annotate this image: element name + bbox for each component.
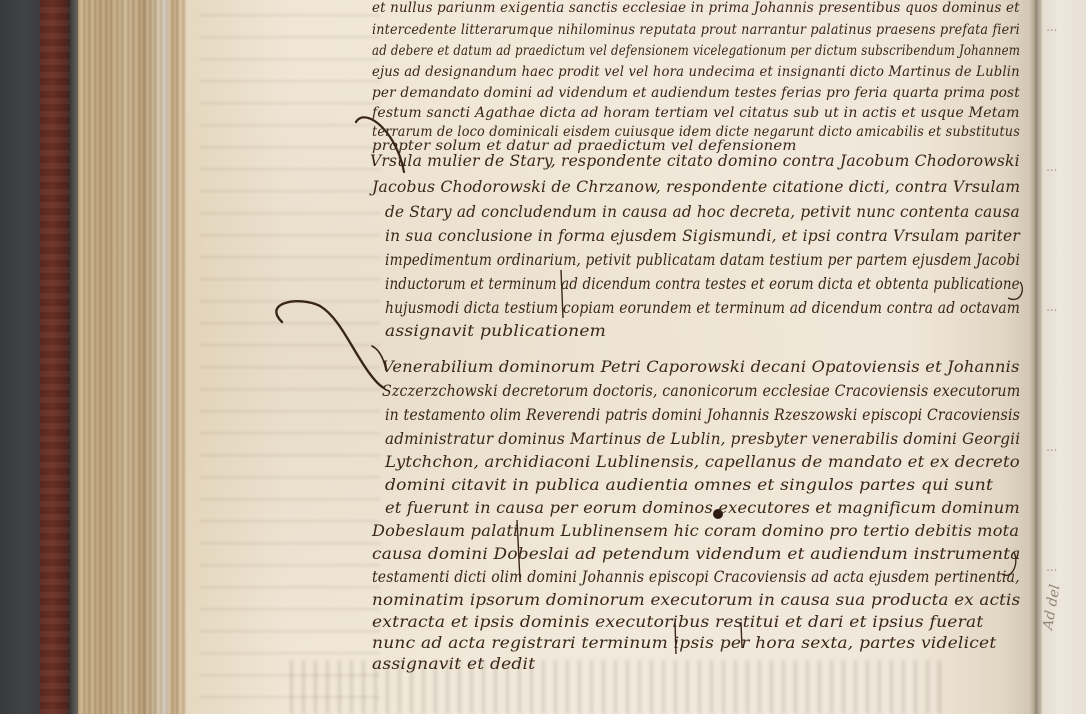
text-line: causa domini Dobeslai ad petendum vidend…: [372, 545, 1021, 563]
text-line: et fuerunt in causa per eorum dominos ex…: [385, 499, 1020, 517]
text-line: Dobeslaum palatinum Lublinensem hic cora…: [372, 522, 1019, 540]
text-line: ad debere et datum ad praedictum vel def…: [372, 43, 1020, 59]
text-line: assignavit et dedit: [372, 655, 535, 673]
text-line: nominatim ipsorum dominorum executorum i…: [372, 591, 1020, 609]
text-line: Venerabilium dominorum Petri Caporowski …: [382, 358, 1020, 376]
text-line: impedimentum ordinarium, petivit publica…: [385, 251, 1020, 269]
text-line: Vrsula mulier de Stary, respondente cita…: [370, 152, 1020, 170]
text-line: et nullus pariunm exigentia sanctis eccl…: [372, 0, 1020, 16]
text-line: ejus ad designandum haec prodit vel vel …: [372, 64, 1020, 80]
text-line: administratur dominus Martinus de Lublin…: [385, 430, 1020, 448]
text-line: per demandato domini ad videndum et audi…: [372, 85, 1020, 101]
text-line: de Stary ad concludendum in causa ad hoc…: [385, 203, 1020, 221]
text-line: in testamento olim Reverendi patris domi…: [385, 406, 1020, 424]
text-line: Jacobus Chodorowski de Chrzanow, respond…: [372, 178, 1020, 196]
text-line: Szczerzchowski decretorum doctoris, cano…: [382, 382, 1020, 400]
text-line: domini citavit in publica audientia omne…: [385, 476, 993, 494]
manuscript-photo: ... ... ... ... ... Ad del et nullus par…: [0, 0, 1086, 714]
text-line: Lytchchon, archidiaconi Lublinensis, cap…: [385, 453, 1020, 471]
text-line: assignavit publicationem: [385, 322, 606, 340]
text-line: testamenti dicti olim domini Johannis ep…: [372, 568, 1020, 586]
manuscript-text: et nullus pariunm exigentia sanctis eccl…: [0, 0, 1086, 714]
text-line: intercedente litterarumque nihilominus r…: [372, 22, 1020, 38]
text-line: inductorum et terminum ad dicendum contr…: [385, 275, 1020, 293]
text-line: festum sancti Agathae dicta ad horam ter…: [372, 105, 1020, 121]
text-line: in sua conclusione in forma ejusdem Sigi…: [385, 227, 1020, 245]
text-line: hujusmodi dicta testium copiam eorundem …: [385, 299, 1020, 317]
text-line: extracta et ipsis dominis executoribus r…: [372, 613, 983, 631]
text-line: nunc ad acta registrari terminum ipsis p…: [372, 634, 996, 652]
